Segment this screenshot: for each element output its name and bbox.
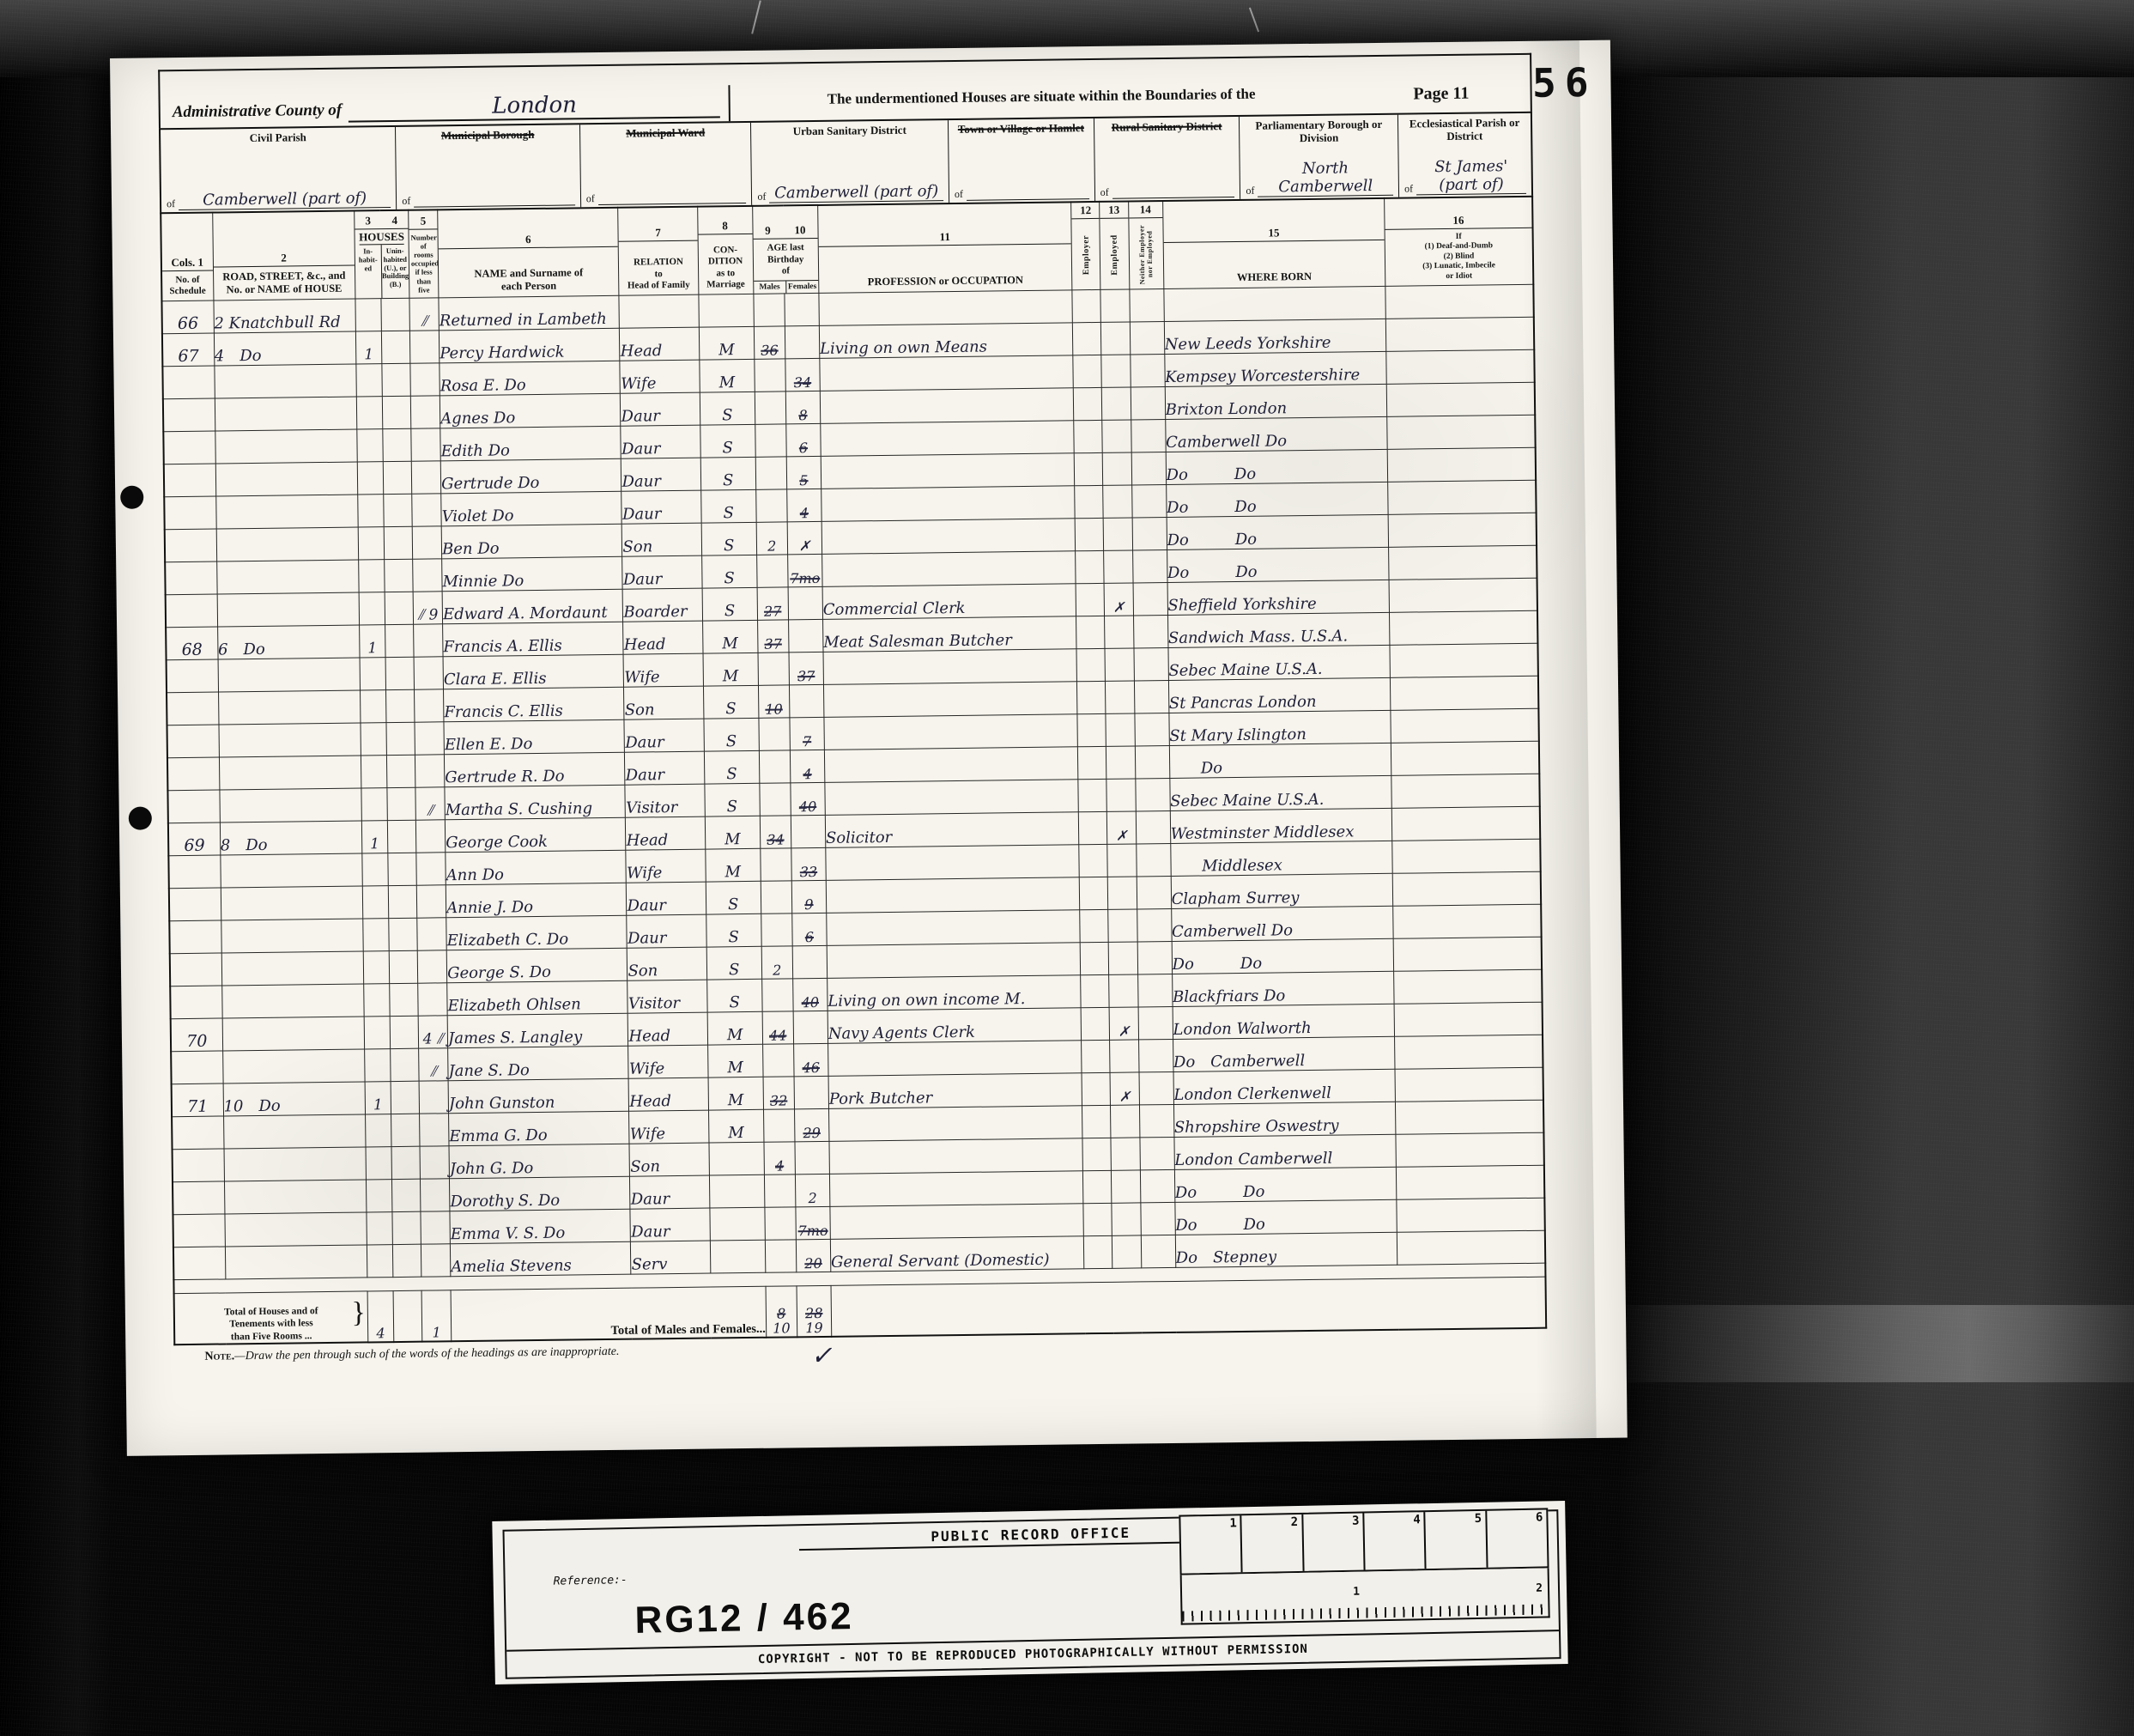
cell-inhabited: 1 xyxy=(365,1082,391,1114)
cell-neither xyxy=(1140,1202,1175,1235)
district-label: Municipal Borough xyxy=(401,128,574,143)
cell-employed xyxy=(1101,355,1131,387)
cell-age-female xyxy=(794,1076,829,1108)
cell-inhabited xyxy=(364,984,391,1017)
cell-where-born: Clapham Surrey xyxy=(1171,873,1393,908)
cell-employed: ✗ xyxy=(1110,1072,1139,1105)
cell-employer xyxy=(1082,1040,1111,1072)
cell-employed xyxy=(1108,877,1137,909)
cell-where-born: Do Do xyxy=(1174,1167,1397,1202)
cell-age-female: 34 xyxy=(785,358,821,391)
cell-infirmity xyxy=(1394,1002,1543,1036)
cell-name: Clara E. Ellis xyxy=(443,654,624,689)
cell-employer xyxy=(1083,1170,1112,1203)
cell-road xyxy=(220,788,362,822)
cell-schedule-number: 69 xyxy=(168,822,221,856)
ruler-number: 6 xyxy=(1485,1509,1548,1567)
cell-uninhabited xyxy=(383,461,412,494)
cell-employed xyxy=(1102,420,1131,452)
district-value: Camberwell (part of) xyxy=(769,182,943,203)
cell-uninhabited xyxy=(385,592,414,624)
cell-condition: M xyxy=(705,848,761,882)
cell-uninhabited xyxy=(385,624,415,657)
cell-where-born: Do Do xyxy=(1174,1199,1397,1235)
cell-condition: S xyxy=(700,424,755,458)
cell-employer xyxy=(1074,420,1103,452)
cell-name: Rosa E. Do xyxy=(440,361,621,396)
cell-where-born: St Pancras London xyxy=(1168,677,1391,713)
cell-uninhabited xyxy=(382,396,411,428)
cell-schedule-number xyxy=(170,953,222,986)
cell-road xyxy=(222,1049,365,1083)
cell-relation: Wife xyxy=(628,1045,708,1078)
cell-inhabited xyxy=(365,1114,391,1147)
cell-name: James S. Langley xyxy=(447,1013,628,1048)
cell-age-male xyxy=(755,359,786,392)
cell-neither xyxy=(1139,1104,1174,1137)
cell-infirmity xyxy=(1396,1100,1544,1134)
cell-where-born: Kempsey Worcestershire xyxy=(1164,351,1386,386)
cell-infirmity xyxy=(1391,741,1539,775)
cell-age-male: 32 xyxy=(763,1077,795,1109)
cell-condition: S xyxy=(702,587,758,621)
cell-relation: Daur xyxy=(625,751,705,785)
cell-rooms xyxy=(419,1081,449,1114)
cell-rooms xyxy=(411,428,441,461)
cell-where-born xyxy=(1163,286,1385,321)
cell-uninhabited xyxy=(387,787,416,820)
cell-age-male xyxy=(759,750,791,783)
cell-name: Emma G. Do xyxy=(449,1111,630,1146)
cell-rooms xyxy=(420,1114,450,1146)
cell-age-male: 34 xyxy=(760,816,791,848)
cell-age-female: 40 xyxy=(792,978,828,1011)
cell-where-born: Do Do xyxy=(1172,938,1394,974)
cell-road xyxy=(215,397,357,431)
cell-age-female: 5 xyxy=(786,456,821,489)
cell-condition xyxy=(699,294,755,327)
cell-age-male xyxy=(759,718,791,750)
cell-inhabited xyxy=(360,690,386,723)
district-value: North Camberwell xyxy=(1258,159,1393,197)
cell-rooms xyxy=(412,494,442,526)
district-value xyxy=(967,190,1089,201)
cell-employed: ✗ xyxy=(1105,583,1134,616)
cell-road xyxy=(221,984,364,1018)
cell-inhabited xyxy=(363,919,390,951)
ruler-number: 1 xyxy=(1180,1515,1241,1573)
cell-schedule-number xyxy=(173,1214,225,1247)
col-age-header: 910 AGE last Birthday of MalesFemales xyxy=(752,205,818,294)
cell-occupation xyxy=(829,1171,1083,1207)
cell-employed xyxy=(1100,289,1130,322)
cell-road xyxy=(222,1017,365,1051)
cell-name: George S. Do xyxy=(446,948,627,983)
cell-age-male xyxy=(754,294,785,326)
cell-employed xyxy=(1106,779,1136,811)
cell-occupation xyxy=(821,551,1076,587)
col-name-header: 6 NAME and Surname of each Person xyxy=(438,208,620,298)
cell-where-born: Middlesex xyxy=(1170,841,1392,876)
cell-uninhabited xyxy=(385,657,415,689)
cell-where-born: Sheffield Yorkshire xyxy=(1167,580,1390,615)
cell-occupation: General Servant (Domestic) xyxy=(830,1236,1084,1272)
cell-neither xyxy=(1131,485,1167,518)
cell-relation: Head xyxy=(629,1077,709,1111)
cell-infirmity xyxy=(1394,969,1543,1004)
cell-age-male xyxy=(761,881,792,914)
cell-name: John G. Do xyxy=(449,1144,630,1179)
cell-road xyxy=(218,690,361,725)
cell-employed xyxy=(1106,713,1135,746)
col-profession-header: 11 PROFESSION or OCCUPATION xyxy=(818,202,1073,293)
cell-age-female: 7 xyxy=(790,717,825,750)
cell-employer xyxy=(1076,648,1106,681)
cell-relation: Son xyxy=(622,523,702,556)
cell-condition: M xyxy=(707,1011,763,1045)
totals-houses-inhabited: 4 xyxy=(367,1291,394,1343)
cell-infirmity xyxy=(1395,1035,1543,1069)
cell-uninhabited xyxy=(388,853,417,885)
cell-schedule-number xyxy=(173,1247,226,1280)
cell-rooms xyxy=(414,624,444,657)
cell-age-female xyxy=(788,619,823,652)
cell-age-female: 8 xyxy=(785,391,821,423)
cell-relation: Daur xyxy=(621,458,701,491)
cell-rooms xyxy=(415,689,445,722)
cell-name: Ann Do xyxy=(446,850,627,885)
cell-name: Gertrude Do xyxy=(440,458,621,494)
cell-name: Minnie Do xyxy=(442,556,623,592)
cell-age-male xyxy=(755,424,787,457)
cell-employer xyxy=(1080,877,1109,909)
cell-age-female xyxy=(785,325,820,358)
cell-occupation xyxy=(828,1106,1082,1142)
cell-uninhabited xyxy=(385,689,415,722)
cell-name: Returned in Lambeth xyxy=(439,295,620,331)
cell-age-female: 46 xyxy=(793,1043,828,1076)
cell-rooms xyxy=(416,853,446,885)
cell-age-male xyxy=(761,979,793,1011)
cell-relation: Daur xyxy=(622,555,702,589)
pro-card-frame: PUBLIC RECORD OFFICE Reference:- RG12 / … xyxy=(502,1509,1561,1679)
cell-where-born: Do Camberwell xyxy=(1173,1036,1395,1071)
cell-employed xyxy=(1103,485,1132,518)
cell-infirmity xyxy=(1390,643,1538,677)
cell-name: Francis C. Ellis xyxy=(444,687,625,722)
cell-inhabited xyxy=(355,299,382,331)
cell-uninhabited xyxy=(389,918,418,950)
cell-employer xyxy=(1076,616,1106,648)
cell-condition: S xyxy=(701,522,757,555)
cell-schedule-number xyxy=(164,464,216,497)
punch-hole xyxy=(120,486,143,509)
district-value-line: of xyxy=(586,191,747,205)
district-value-line: of xyxy=(955,186,1089,201)
cell-infirmity xyxy=(1388,513,1537,547)
cell-where-born: St Mary Islington xyxy=(1168,710,1391,745)
cell-neither xyxy=(1132,518,1167,550)
cell-name: Edith Do xyxy=(440,426,621,461)
cell-age-male xyxy=(758,653,790,685)
cell-where-born: London Clerkenwell xyxy=(1173,1069,1396,1104)
cell-age-male: 37 xyxy=(757,620,789,653)
cell-condition: S xyxy=(701,555,757,588)
cell-relation: Serv xyxy=(631,1241,711,1274)
cell-employer xyxy=(1073,355,1102,387)
cell-condition: S xyxy=(703,685,759,719)
cell-road xyxy=(216,560,359,594)
cell-inhabited xyxy=(357,462,384,495)
cell-where-born: Do Do xyxy=(1166,449,1388,484)
cell-employed xyxy=(1105,616,1134,648)
cell-condition xyxy=(709,1142,765,1175)
cell-schedule-number xyxy=(163,431,215,464)
cell-occupation: Living on own income M. xyxy=(828,975,1082,1011)
enumerator-check-mark: ✓ xyxy=(810,1341,833,1371)
cell-road: 4 Do xyxy=(214,331,356,366)
cell-infirmity xyxy=(1391,806,1540,841)
cell-relation: Daur xyxy=(621,392,700,426)
cell-name: John Gunston xyxy=(448,1078,629,1114)
cell-rooms xyxy=(420,1179,450,1211)
totals-empty xyxy=(831,1277,1546,1337)
cell-inhabited xyxy=(366,1180,392,1212)
cell-schedule-number xyxy=(172,1116,224,1150)
cell-name: Elizabeth Ohlsen xyxy=(447,980,628,1016)
cell-age-female: 33 xyxy=(791,847,827,880)
cell-schedule-number xyxy=(162,366,215,399)
cell-age-female xyxy=(791,815,826,847)
cell-infirmity xyxy=(1386,349,1535,384)
cell-road xyxy=(220,853,362,888)
cell-name: Percy Hardwick xyxy=(439,328,620,363)
district-of: of xyxy=(402,195,410,208)
cell-schedule-number xyxy=(163,398,215,432)
cell-uninhabited xyxy=(390,983,419,1016)
cell-name: Amelia Stevens xyxy=(450,1241,631,1277)
cell-schedule-number xyxy=(173,1181,225,1215)
cell-schedule-number xyxy=(167,659,219,693)
cell-inhabited xyxy=(360,658,386,690)
cell-relation: Wife xyxy=(620,360,700,393)
cell-condition: S xyxy=(700,489,756,523)
cell-inhabited xyxy=(367,1245,393,1278)
cell-inhabited xyxy=(361,723,387,756)
cell-age-female: 9 xyxy=(791,880,827,913)
cell-where-born: Camberwell Do xyxy=(1165,416,1387,452)
cell-employed xyxy=(1111,1138,1140,1170)
cell-where-born: Westminster Middlesex xyxy=(1170,808,1392,843)
cell-inhabited xyxy=(363,951,390,984)
cell-age-male xyxy=(764,1175,796,1207)
cell-infirmity xyxy=(1395,1067,1543,1102)
cell-inhabited xyxy=(367,1212,393,1245)
cell-rooms xyxy=(415,755,445,787)
cell-employer xyxy=(1075,485,1104,518)
cell-employed xyxy=(1107,844,1137,877)
cell-age-male: 36 xyxy=(754,326,785,359)
cell-employed xyxy=(1110,1040,1139,1072)
cell-occupation xyxy=(821,421,1075,457)
cell-where-born: Do Stepney xyxy=(1175,1232,1397,1267)
cell-age-male xyxy=(756,555,788,587)
cell-name: Emma V. S. Do xyxy=(450,1209,631,1244)
pro-ruler: 1 2 3 4 5 6 1 2 xyxy=(1179,1508,1549,1624)
totals-houses-label: Total of Houses and of Tenements with le… xyxy=(174,1291,368,1344)
cell-occupation xyxy=(826,877,1080,914)
cell-age-female: 29 xyxy=(794,1108,829,1141)
cell-road xyxy=(219,756,361,790)
cell-age-female: 20 xyxy=(796,1239,831,1272)
cell-employer xyxy=(1077,713,1106,746)
cell-neither xyxy=(1133,647,1168,680)
cell-infirmity xyxy=(1385,317,1534,351)
cell-condition: M xyxy=(699,326,755,360)
cell-neither xyxy=(1135,745,1170,778)
cell-rooms: ⫽ xyxy=(415,787,446,820)
cell-condition: S xyxy=(706,979,762,1012)
cell-employed xyxy=(1104,550,1133,583)
ruler-number: 4 xyxy=(1362,1512,1425,1569)
cell-uninhabited xyxy=(385,559,414,592)
cell-employed xyxy=(1106,746,1136,779)
cell-road xyxy=(215,429,357,464)
cell-employed xyxy=(1112,1203,1141,1235)
cell-employer xyxy=(1080,909,1109,942)
district-of: of xyxy=(1246,185,1254,197)
census-rows: 66 2 Knatchbull Rd ⫽ Returned in Lambeth… xyxy=(161,284,1545,1279)
cell-where-born: Brixton London xyxy=(1165,384,1387,419)
administrative-county-value: London xyxy=(349,90,720,122)
cell-infirmity xyxy=(1392,839,1541,873)
cell-relation: Daur xyxy=(627,914,706,948)
cell-employer xyxy=(1082,1138,1112,1170)
cell-name: Ellen E. Do xyxy=(444,719,625,755)
district-of: of xyxy=(1404,182,1413,195)
cell-neither xyxy=(1132,550,1167,583)
cell-age-male xyxy=(765,1240,797,1272)
cell-relation: Wife xyxy=(629,1110,709,1144)
cell-age-male xyxy=(760,783,791,816)
cell-occupation: Living on own Means xyxy=(819,323,1073,359)
cell-neither xyxy=(1134,680,1169,713)
district-of: of xyxy=(167,197,175,210)
cell-employed xyxy=(1103,452,1132,485)
district-box: Rural Sanitary District of xyxy=(1094,117,1240,201)
cell-neither xyxy=(1137,974,1173,1006)
cell-neither xyxy=(1139,1071,1174,1104)
district-of: of xyxy=(586,192,595,205)
cell-employer xyxy=(1076,583,1105,616)
cell-schedule-number xyxy=(170,986,222,1019)
cell-uninhabited xyxy=(386,722,415,755)
cell-road xyxy=(215,462,358,496)
cell-infirmity xyxy=(1386,382,1535,416)
cell-road xyxy=(221,886,363,920)
cell-inhabited xyxy=(357,429,384,462)
census-form: Administrative County of London The unde… xyxy=(158,53,1547,1364)
cell-neither xyxy=(1130,355,1165,387)
cell-rooms xyxy=(409,331,440,363)
cell-uninhabited xyxy=(390,1016,419,1048)
cell-road xyxy=(218,658,361,692)
cell-employer xyxy=(1074,387,1103,420)
cell-schedule-number xyxy=(166,594,218,628)
cell-neither xyxy=(1129,289,1164,322)
cell-rooms xyxy=(416,885,446,918)
cell-age-female: 7mo xyxy=(796,1206,831,1239)
cell-condition xyxy=(710,1207,766,1241)
ruler-fine-scale: 1 2 xyxy=(1180,1568,1550,1624)
cell-age-male: 2 xyxy=(756,522,788,555)
cell-age-female xyxy=(788,586,823,619)
cell-schedule-number xyxy=(168,855,221,889)
cell-rooms xyxy=(417,918,447,950)
cell-name: Dorothy S. Do xyxy=(450,1176,631,1211)
cell-age-female: 40 xyxy=(791,782,826,815)
cell-employer xyxy=(1078,779,1107,811)
cell-age-female: ✗ xyxy=(787,521,822,554)
cell-condition: M xyxy=(705,816,761,849)
district-box: Civil Parish of Camberwell (part of) xyxy=(161,127,396,212)
cell-condition: S xyxy=(700,457,756,490)
totals-females: 28 19 xyxy=(797,1285,832,1337)
cell-age-male xyxy=(765,1207,797,1240)
cell-occupation xyxy=(820,355,1074,392)
cell-inhabited xyxy=(366,1147,392,1180)
district-of: of xyxy=(757,191,766,203)
cell-occupation xyxy=(821,519,1076,555)
district-label: Urban Sanitary District xyxy=(756,124,943,139)
cell-uninhabited xyxy=(381,298,410,331)
district-value-line: of St James' (part of) xyxy=(1404,157,1526,196)
district-box: Town or Village or Hamlet of xyxy=(948,118,1094,203)
totals-males-females-label: Total of Males and Females... xyxy=(451,1286,766,1341)
district-box: Ecclesiastical Parish or District of St … xyxy=(1397,113,1531,197)
district-value: Camberwell (part of) xyxy=(179,189,391,210)
cell-infirmity xyxy=(1388,480,1537,514)
cell-infirmity xyxy=(1385,284,1534,319)
cell-occupation xyxy=(821,453,1075,489)
ruler-number: 5 xyxy=(1424,1511,1487,1569)
cell-road xyxy=(219,723,361,757)
district-of: of xyxy=(955,188,963,201)
cell-uninhabited xyxy=(383,428,412,461)
cell-occupation: Pork Butcher xyxy=(828,1073,1082,1109)
cell-relation: Son xyxy=(624,686,704,719)
cell-relation: Daur xyxy=(621,425,700,458)
cell-neither xyxy=(1131,387,1166,420)
col-whereborn-header: 15 WHERE BORN xyxy=(1162,198,1385,289)
cell-name: George Cook xyxy=(445,817,626,853)
cell-neither xyxy=(1137,941,1173,974)
cell-rooms xyxy=(413,559,443,592)
cell-inhabited: 1 xyxy=(355,331,382,364)
cell-uninhabited xyxy=(392,1211,421,1244)
cell-relation: Son xyxy=(629,1143,709,1176)
cell-infirmity xyxy=(1387,447,1536,482)
cell-occupation xyxy=(827,943,1081,979)
cell-employed: ✗ xyxy=(1110,1007,1139,1040)
cell-employer xyxy=(1072,289,1101,322)
note-text: Note.—Draw the pen through such of the w… xyxy=(204,1345,619,1364)
district-box: Parliamentary Borough or Division of Nor… xyxy=(1239,115,1398,199)
cell-age-male xyxy=(755,392,786,424)
cell-occupation xyxy=(828,1041,1082,1077)
cell-employed xyxy=(1111,1105,1140,1138)
col-schedule-header: Cols. 1 No. of Schedule xyxy=(161,213,213,301)
